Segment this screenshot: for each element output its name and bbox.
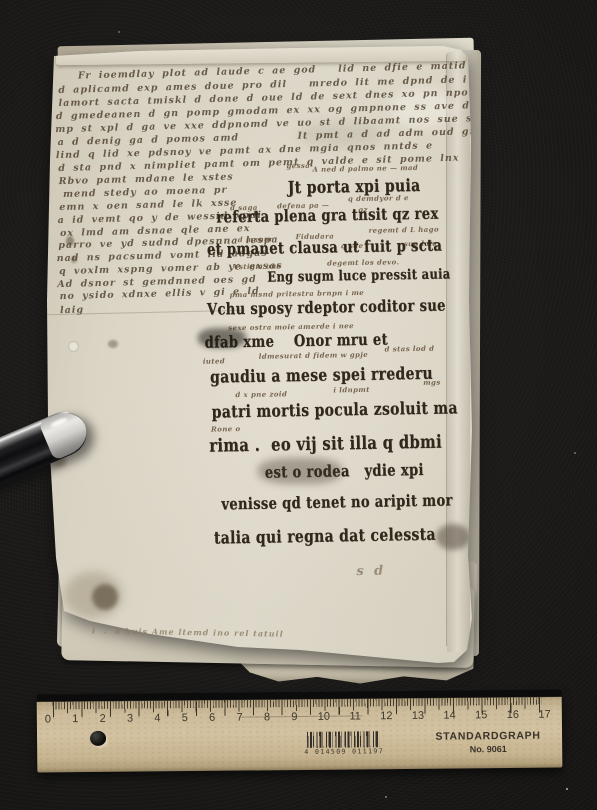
ruler-number: 6 [208, 712, 216, 724]
ruler-hanging-hole [90, 731, 106, 746]
ruler-number: 14 [443, 709, 455, 721]
photo-stage: i . a huis Ame ltemd ino rel tatuil Fr i… [0, 0, 597, 810]
ruler-number: 12 [380, 710, 392, 722]
dust-speck [574, 452, 576, 454]
dust-speck [566, 788, 568, 790]
ruler-number: 0 [44, 713, 52, 725]
ruler-number: 1 [71, 713, 79, 725]
hymn-line: Jt porta xpi puia [288, 176, 421, 198]
hymn-line: gaudiu a mese spei rrederu [210, 364, 433, 388]
hymn-line: patri mortis pocula zsoluit ma [212, 398, 458, 422]
hymn-line: talia qui regna dat celessta [214, 525, 436, 549]
parchment-leaf: Fr ioemdlay plot ad laude c ae god lid n… [0, 0, 597, 810]
ruler-number: 15 [475, 709, 487, 721]
barcode [307, 731, 379, 748]
manuscript-page: Fr ioemdlay plot ad laude c ae god lid n… [0, 0, 597, 810]
barcode-digits: 4 014509 011197 [299, 747, 389, 756]
hymn-line: Eng sugm luce pressit auia [267, 266, 450, 285]
ruler-model-number: No. 9061 [422, 744, 554, 755]
ruler-number: 2 [99, 713, 107, 725]
ruler-number: 5 [181, 712, 189, 724]
hymn-line: referta plena gra tnsit qz rex [216, 204, 439, 227]
dust-speck [118, 31, 120, 33]
dust-speck [385, 796, 387, 798]
ink-smudge [436, 524, 470, 550]
ruler-number: 3 [126, 713, 134, 725]
ruler-number: 4 [153, 712, 161, 724]
ruler-number: 16 [507, 709, 519, 721]
ink-smudge [258, 458, 342, 484]
hymn-line: Vchu sposy rdeptor coditor sue [207, 295, 446, 318]
hymn-line: rima . eo vij sit illa q dbmi [209, 432, 442, 457]
ink-smudge [198, 328, 246, 348]
hymn-line: et pmanet clausa ut fuit p scta [207, 236, 443, 259]
hymn-line: venisse qd tenet no aripit mor [221, 490, 453, 513]
ruler-number: 13 [412, 710, 424, 722]
hymn-text-block: Jt porta xpi puiareferta plena gra tnsit… [0, 0, 597, 810]
ruler-brand: STANDARDGRAPH [422, 730, 554, 743]
ruler-number: 17 [538, 709, 550, 721]
ruler: 01234567891011121314151617 4 014509 0111… [37, 689, 563, 772]
